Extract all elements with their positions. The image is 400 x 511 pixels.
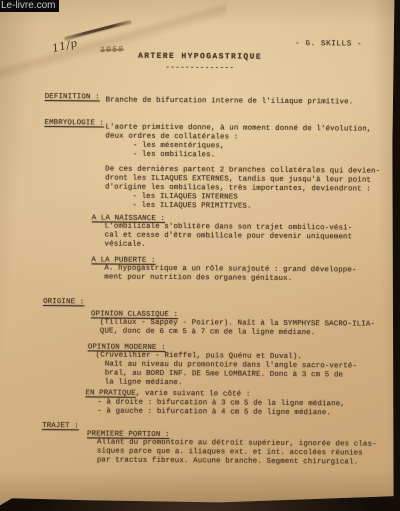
author-credit: - G. SKILLS - <box>295 40 362 49</box>
en-pratique-rest: , varie suivant le côté : <box>136 390 251 399</box>
premiere-portion-body: Allant du promontoire au détroit supérie… <box>97 438 377 467</box>
embryologie-paragraph-1: L'aorte primitive donne, à un moment don… <box>105 124 371 162</box>
typed-text-layer: 11/p 1950 - G. SKILLS - ARTERE HYPOGASTR… <box>0 0 400 511</box>
section-heading-trajet: TRAJET : <box>42 422 79 431</box>
page-title: ARTERE HYPOGASTRIQUE <box>70 52 330 63</box>
embryologie-paragraph-2: De ces dernières partent 2 branches coll… <box>105 166 380 213</box>
section-heading-definition: DEFINITION : <box>45 93 100 102</box>
watermark-badge: Le-livre.com <box>0 0 59 12</box>
opinion-moderne-body: (Cruveilhier - Rieffel, puis Quénu et Du… <box>95 351 357 389</box>
title-underline-dashes: -------------- <box>70 63 330 74</box>
section-heading-embryologie: EMBRYOLOGIE : <box>44 119 104 128</box>
naissance-body: L'ombilicale s'oblitère dans son trajet … <box>105 223 353 252</box>
opinion-classique-body: (Tillaux - Sappey - Poirier). Naît à la … <box>100 318 375 338</box>
section-heading-origine: ORIGINE : <box>43 298 84 307</box>
en-pratique-underlined: EN PRATIQUE <box>85 389 135 397</box>
en-pratique-body: - à droite : bifurcation à 3 cm 5 de la … <box>97 398 345 418</box>
definition-body: Branche de bifurcation interne de l'ilia… <box>106 97 354 108</box>
puberte-body: A. hypogastrique a un rôle surajouté : g… <box>104 265 356 285</box>
watermark-text: Le-livre.com <box>1 0 55 11</box>
